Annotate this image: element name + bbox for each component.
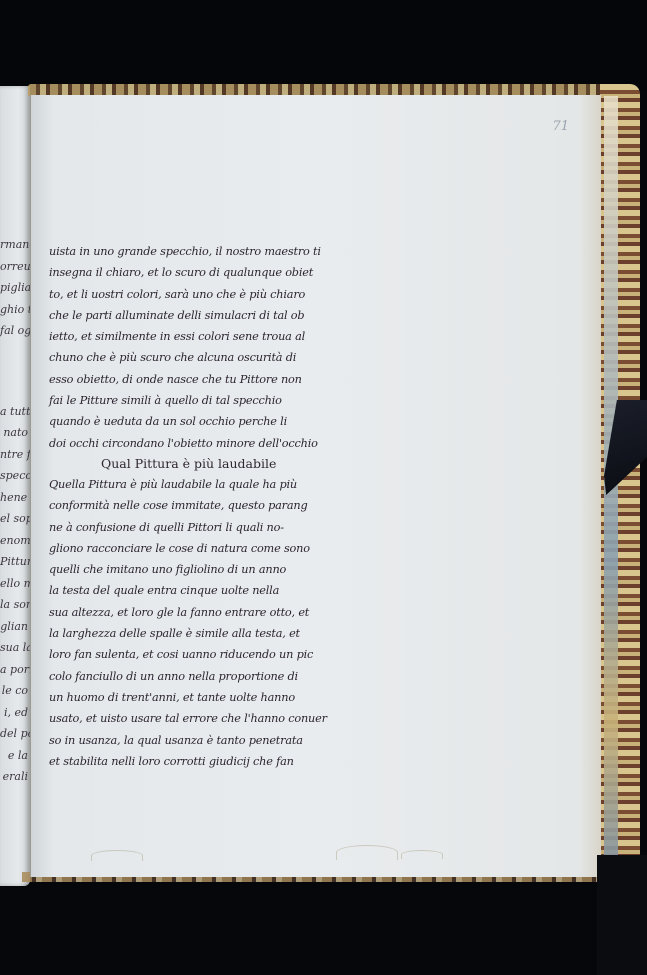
water-stain: [91, 850, 143, 861]
text-line: uista in uno grande specchio, il nostro …: [49, 241, 389, 262]
left-fragment: sua la: [0, 637, 30, 659]
text-line: insegna il chiaro, et lo scuro di qualun…: [49, 262, 389, 283]
left-fragment: ghio tu: [0, 299, 30, 321]
left-fragment-gap: [0, 342, 30, 401]
left-fragment: ello m: [0, 573, 30, 595]
left-fragment: fal ogni: [0, 320, 30, 342]
left-fragment: enomen: [0, 530, 30, 552]
water-stain: [401, 850, 443, 859]
text-line: la testa del quale entra cinque uolte ne…: [49, 580, 389, 601]
water-stain: [336, 845, 398, 860]
text-line: esso obietto, di onde nasce che tu Pitto…: [49, 369, 389, 390]
text-line: ne à confusione di quelli Pittori li qua…: [49, 517, 389, 538]
text-line: fai le Pitture simili à quello di tal sp…: [49, 390, 389, 411]
dark-background: [0, 0, 647, 90]
text-line: loro fan sulenta, et cosi uanno riducend…: [49, 644, 389, 665]
left-fragment: el sopra: [0, 508, 30, 530]
manuscript-text: uista in uno grande specchio, il nostro …: [49, 241, 389, 772]
text-line: doi occhi circondano l'obietto minore de…: [49, 433, 389, 454]
left-fragment: nato: [0, 422, 30, 444]
left-fragment: ntre fo: [0, 444, 30, 466]
manuscript-page: 71 uista in uno grande specchio, il nost…: [30, 95, 601, 877]
page-number: 71: [552, 119, 569, 134]
left-fragment: orreui: [0, 256, 30, 278]
left-fragment: le co: [0, 680, 30, 702]
text-line: gliono racconciare le cose di natura com…: [49, 538, 389, 559]
cradle-shadow: [597, 855, 647, 975]
text-line: sua altezza, et loro gle la fanno entrar…: [49, 602, 389, 623]
text-line: quando è ueduta da un sol occhio perche …: [49, 411, 389, 432]
text-line: chuno che è più scuro che alcuna oscurit…: [49, 347, 389, 368]
text-line: un huomo di trent'anni, et tante uolte h…: [49, 687, 389, 708]
left-fragment: e la: [0, 745, 30, 767]
text-line: conformità nelle cose immitate, questo p…: [49, 495, 389, 516]
text-line: la larghezza delle spalle è simile alla …: [49, 623, 389, 644]
facing-left-page: rmano e orreui pigliar ghio tu fal ogni …: [0, 86, 30, 886]
section-heading: Qual Pittura è più laudabile: [49, 454, 389, 474]
text-line: Quella Pittura è più laudabile la quale …: [49, 474, 389, 495]
text-line: et stabilita nelli loro corrotti giudici…: [49, 751, 389, 772]
left-fragment: pigliar: [0, 277, 30, 299]
left-fragment: glian: [0, 616, 30, 638]
left-fragment: a tutte: [0, 401, 30, 423]
text-line: so in usanza, la qual usanza è tanto pen…: [49, 730, 389, 751]
left-fragment: specch: [0, 465, 30, 487]
left-fragment: rmano e: [0, 234, 30, 256]
left-fragment: a porm: [0, 659, 30, 681]
text-line: che le parti alluminate delli simulacri …: [49, 305, 389, 326]
text-line: quelli che imitano uno figliolino di un …: [49, 559, 389, 580]
left-fragment: hene a: [0, 487, 30, 509]
left-page-text-fragments: rmano e orreui pigliar ghio tu fal ogni …: [0, 234, 30, 788]
left-fragment: del po: [0, 723, 30, 745]
left-fragment: la somi: [0, 594, 30, 616]
text-line: usato, et uisto usare tal errore che l'h…: [49, 708, 389, 729]
left-fragment: i, ed: [0, 702, 30, 724]
left-fragment: erali: [0, 766, 30, 788]
left-fragment: Pittura: [0, 551, 30, 573]
text-line: to, et li uostri colori, sarà uno che è …: [49, 284, 389, 305]
text-line: colo fanciullo di un anno nella proporti…: [49, 666, 389, 687]
text-line: ietto, et similmente in essi colori sene…: [49, 326, 389, 347]
